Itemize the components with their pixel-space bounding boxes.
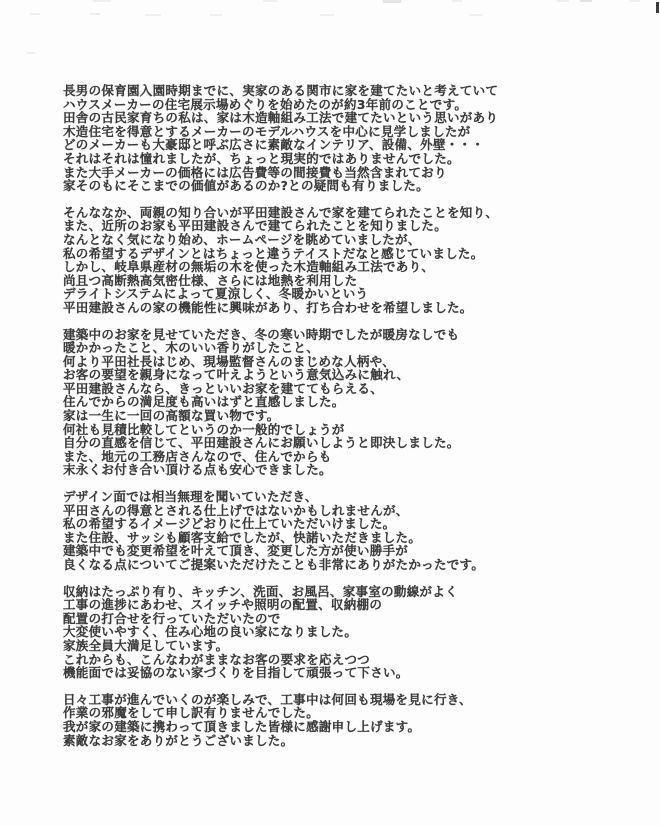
text-line: 機能面では妥協のない家づくりを目指して頑張って下さい。 xyxy=(63,666,623,680)
scanned-page: 長男の保育園入園時期までに、実家のある関市に家を建てたいと考えていてハウスメーカ… xyxy=(0,0,660,826)
letter-body: 長男の保育園入園時期までに、実家のある関市に家を建てたいと考えていてハウスメーカ… xyxy=(63,84,623,760)
scan-dash-mark xyxy=(30,13,40,15)
text-line: 私の希望するイメージどおりに仕上ていただいけました。 xyxy=(63,517,623,531)
scan-dash-mark xyxy=(210,14,222,16)
scan-corner-mark xyxy=(656,2,659,13)
scan-dash-mark xyxy=(90,13,100,15)
paragraph: そんななか、両親の知り合いが平田建設さんで家を建てられたことを知り、また、近所の… xyxy=(63,206,623,315)
text-line: 長男の保育園入園時期までに、実家のある関市に家を建てたいと考えていて xyxy=(63,84,623,98)
paragraph: デザイン面では相当無理を聞いていただき、平田さんの得意とされる仕上げではないかも… xyxy=(63,490,623,572)
text-line: 建築中でも変更希望を叶えて頂き、変更した方が使い勝手が xyxy=(63,544,623,558)
scan-dash-mark xyxy=(557,0,569,2)
text-line: しかし、岐阜県産材の無垢の木を使った木造軸組み工法であり、 xyxy=(63,260,623,274)
text-line: 素敵なお家をありがとうございました。 xyxy=(63,734,623,748)
text-line: 家族全員大満足しています。 xyxy=(63,639,623,653)
text-line: 大変使いやすく、住み心地の良い家になりました。 xyxy=(63,625,623,639)
text-line: 自分の直感を信じて、平田建設さんにお願いしようと即決しました。 xyxy=(63,436,623,450)
text-line: 田舎の古民家育ちの私は、家は木造軸組み工法で建てたいという思いがあり xyxy=(63,111,623,125)
scan-dash-mark xyxy=(145,14,161,16)
text-line: 家は一生に一回の高額な買い物です。 xyxy=(63,409,623,423)
text-line: お客の要望を親身になって叶えようという意気込みに触れ、 xyxy=(63,368,623,382)
scan-dash-mark xyxy=(320,14,334,16)
text-line: なんとなく気になり始め、ホームページを眺めていましたが、 xyxy=(63,233,623,247)
text-line: 平田建設さんの家の機能性に興味があり、打ち合わせを希望しました。 xyxy=(63,301,623,315)
paragraph: 日々工事が進んでいくのが楽しみで、工事中は何回も現場を見に行き、作業の邪魔をして… xyxy=(63,693,623,747)
text-line: 作業の邪魔をして申し訳有りませんでした。 xyxy=(63,706,623,720)
text-line: 家そのもにそこまでの価値があるのか?との疑問も有りました。 xyxy=(63,179,623,193)
text-line: 良くなる点についてご提案いただけたことも非常にありがたかったです。 xyxy=(63,558,623,572)
scan-dash-mark xyxy=(452,0,462,2)
scan-dash-mark xyxy=(263,0,277,2)
scan-dash-mark xyxy=(580,0,592,2)
scan-dash-mark xyxy=(470,14,482,16)
text-line: 工事の進捗にあわせ、スイッチや照明の配置、収納棚の xyxy=(63,598,623,612)
paragraph: 長男の保育園入園時期までに、実家のある関市に家を建てたいと考えていてハウスメーカ… xyxy=(63,84,623,193)
text-line: どのメーカーも大豪邸と呼ぶ広さに素敵なインテリア、設備、外壁・・・ xyxy=(63,138,623,152)
text-line: それはそれは憧れましたが、ちょっと現実的ではありませんでした。 xyxy=(63,152,623,166)
scan-dash-mark xyxy=(630,0,640,2)
text-line: 末永くお付き合い頂ける点も安心できました。 xyxy=(63,463,623,477)
text-line: デライトシステムによって夏涼しく、冬暖かいという xyxy=(63,287,623,301)
text-line: 我が家の建築に携わって頂きました皆様に感謝申し上げます。 xyxy=(63,720,623,734)
paragraph: 建築中のお家を見せていただき、冬の寒い時期でしたが暖房なしでも暖かかったこと、木… xyxy=(63,328,623,478)
scan-dash-mark xyxy=(383,0,401,3)
text-line: デザイン面では相当無理を聞いていただき、 xyxy=(63,490,623,504)
scan-dash-mark xyxy=(27,52,35,54)
text-line: また、近所のお家も平田建設さんで建てられたことを知りました。 xyxy=(63,219,623,233)
paragraph: 収納はたっぷり有り、キッチン、洗面、お風呂、家事室の動線がよく工事の進捗にあわせ… xyxy=(63,585,623,680)
scan-dash-mark xyxy=(93,0,111,2)
text-line: 暖かかったこと、木のいい香りがしたこと、 xyxy=(63,341,623,355)
